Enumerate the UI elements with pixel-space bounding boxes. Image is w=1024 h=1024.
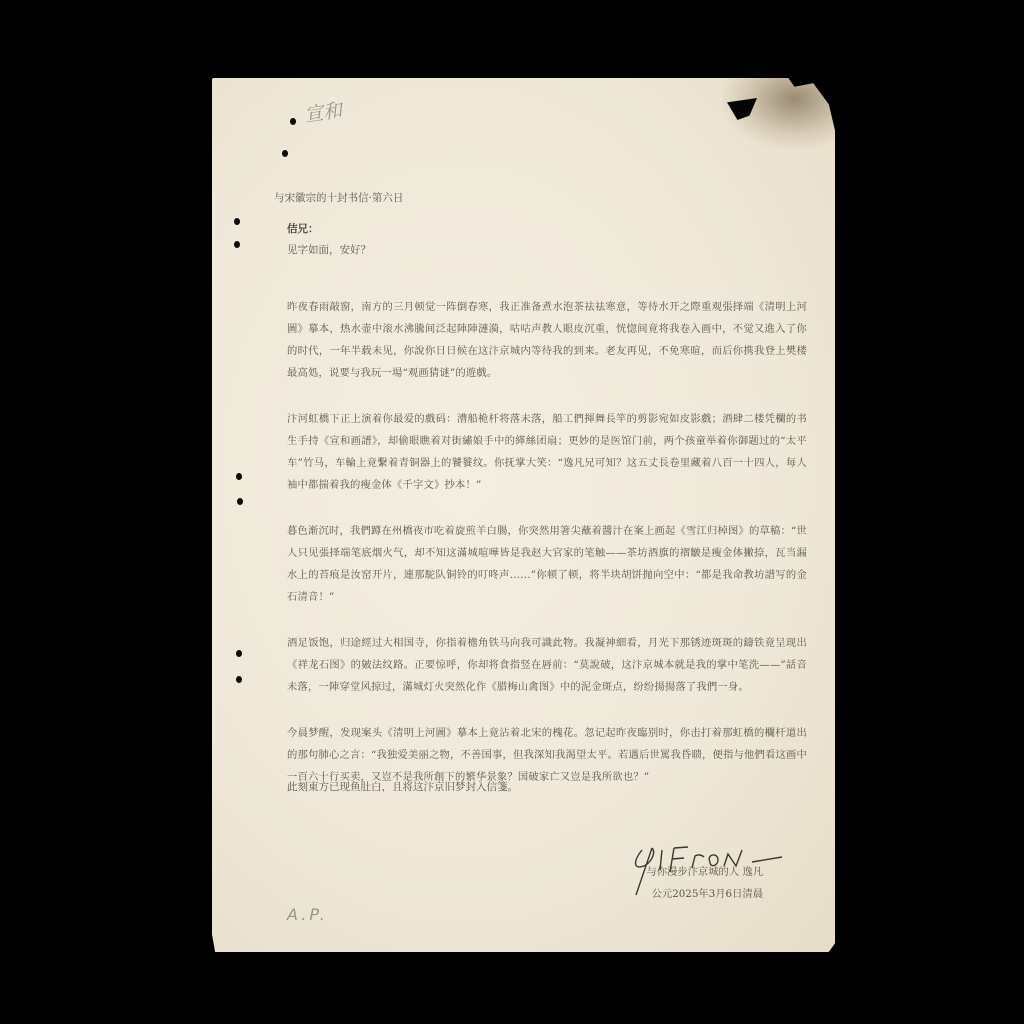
letter-body: 昨夜春雨敲窗，南方的三月顿觉一阵倒春寒，我正准备煮水泡茶祛祛寒意，等待水开之際重…: [287, 296, 807, 812]
punch-hole: [236, 650, 242, 657]
letter-title: 与宋徽宗的十封书信·第六日: [274, 187, 403, 209]
body-paragraph: 汴河虹橋下正上演着你最爱的戲码：漕船桅杆将落未落，船工們揮舞長竿的剪影宛如皮影戲…: [287, 408, 807, 496]
greeting: 见字如面，安好？: [287, 239, 371, 261]
punch-hole: [237, 498, 243, 505]
punch-hole: [234, 241, 240, 248]
punch-hole: [282, 150, 288, 157]
punch-hole: [236, 676, 242, 683]
handwritten-note-top: 宣和: [302, 95, 343, 127]
closing-line: 此刻東方已现鱼肚白，且将这汴京旧梦封入信箋。: [287, 776, 518, 798]
handwritten-note-bottom: A.P.: [287, 905, 328, 924]
salutation: 佶兄：: [287, 218, 319, 240]
signature-name: 与你漫步汴京城的人 逸凡: [646, 863, 763, 878]
signature-date: 公元2025年3月6日清晨: [652, 885, 763, 900]
punch-hole: [234, 218, 240, 225]
body-paragraph: 酒足饭饱，归途經过大相国寺，你指着檐角铁马向我可識此物。我凝神細看，月光下那锈迹…: [287, 632, 807, 698]
punch-hole: [290, 118, 296, 125]
punch-hole: [236, 473, 242, 480]
letter-paper: 宣和 与宋徽宗的十封书信·第六日 佶兄： 见字如面，安好？ 昨夜春雨敲窗，南方的…: [212, 78, 835, 952]
body-paragraph: 昨夜春雨敲窗，南方的三月顿觉一阵倒春寒，我正准备煮水泡茶祛祛寒意，等待水开之際重…: [287, 296, 807, 384]
body-paragraph: 暮色渐沉时，我們蹲在州橋夜市吃着旋煎羊白腸，你突然用箸尖蘸着醬汁在案上画起《雪江…: [287, 520, 807, 608]
